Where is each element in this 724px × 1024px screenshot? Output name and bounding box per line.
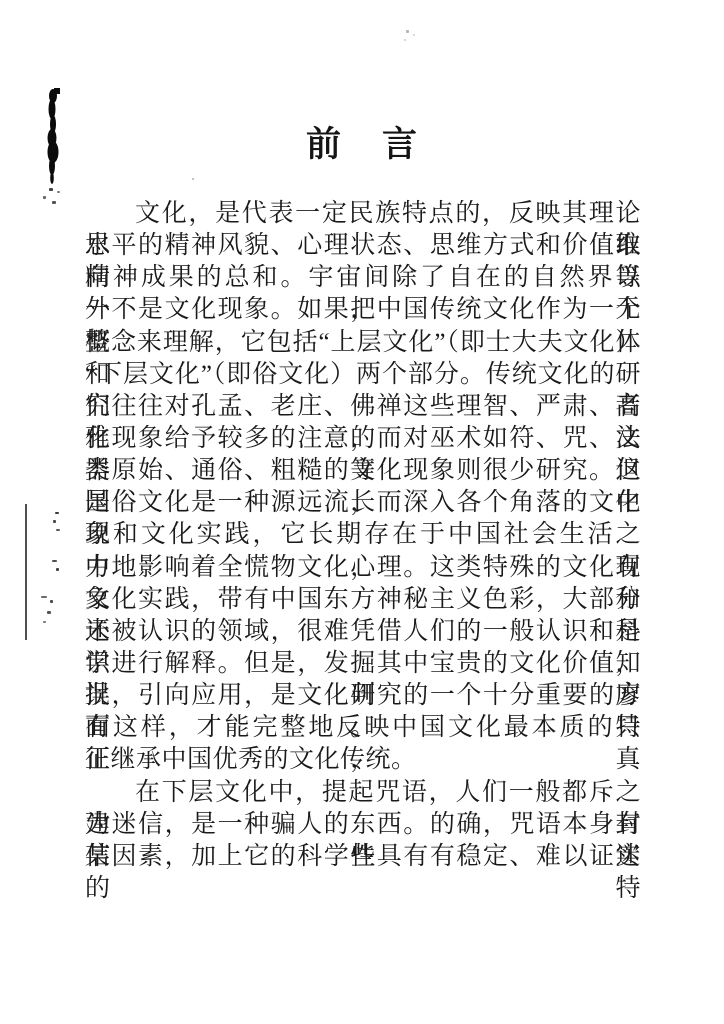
text-line: 力地影响着全慌物文化心理。这类特殊的文化现象和 [85, 552, 641, 584]
body-text: 文化，是代表一定民族特点的，反映其理论思维 水平的精神风貌、心理状态、思维方式和… [85, 198, 641, 873]
text-line: 类原始、通俗、粗糙的文化现象则很少研究。但是，中 [85, 455, 641, 487]
text-line: 精神成果的总和。宇宙间除了自在的自然界以外，无 [85, 262, 641, 294]
scan-speck [57, 191, 60, 193]
text-line: 信因素，加上它的科学性具有有稳定、难以证实的特 [85, 841, 641, 873]
text-line: 们往往对孔孟、老庄、佛禅这些理智、严肃、高雅的文 [85, 391, 641, 423]
ink-blotch-artifact [42, 86, 66, 190]
text-line: 水平的精神风貌、心理状态、思维方式和价值取向等 [85, 230, 641, 262]
text-line: 识进行解释。但是，发掘其中宝贵的文化价值，批判廖 [85, 648, 641, 680]
text-line: 未被认识的领域，很难凭借人们的一般认识和科学知 [85, 616, 641, 648]
scan-speck [47, 611, 51, 614]
scan-speck [43, 621, 46, 623]
scan-speck [56, 568, 59, 571]
scan-speck [406, 30, 409, 33]
text-line: 建迷信，是一种骗人的东西。的确，咒语本身有某些迷 [85, 809, 641, 841]
scan-speck [41, 596, 47, 598]
scan-speck [192, 178, 194, 180]
text-line: 文化实践，带有中国东方神秘主义色彩，大部分还是 [85, 584, 641, 616]
text-line: “下层文化”（即俗文化）两个部分。传统文化的研究者 [85, 359, 641, 391]
text-line: 误，引向应用，是文化研究的一个十分重要的方面。只 [85, 680, 641, 712]
scan-speck [43, 196, 46, 199]
scan-speck [413, 34, 415, 36]
text-line: 概念来理解，它包括“上层文化”（即士大夫文化）和 [85, 327, 641, 359]
text-line: 国俗文化是一种源远流长而深入各个角落的文化现 [85, 487, 641, 519]
scan-speck [50, 600, 53, 603]
scan-speck [53, 520, 56, 523]
scratch-line-artifact [25, 504, 27, 640]
text-line: 有这样，才能完整地反映中国文化最本质的特征，真 [85, 712, 641, 744]
scan-speck [404, 39, 406, 41]
text-line: 在下层文化中，提起咒语，人们一般都斥之为封 [85, 777, 641, 809]
text-line: 文化，是代表一定民族特点的，反映其理论思维 [85, 198, 641, 230]
page-title: 前 言 [85, 122, 641, 168]
text-line: 象和文化实践，它长期存在于中国社会生活之中，有 [85, 519, 641, 551]
scan-speck [55, 512, 59, 514]
scan-speck [52, 201, 56, 204]
scanned-page: 前 言 文化，是代表一定民族特点的，反映其理论思维 水平的精神风貌、心理状态、思… [0, 0, 724, 1024]
scan-speck [52, 560, 57, 562]
text-line: 化现象给予较多的注意，而对巫术如符、咒、法器等这 [85, 423, 641, 455]
scan-speck [49, 188, 53, 191]
scan-speck [56, 529, 60, 531]
text-line: 一不是文化现象。如果把中国传统文化作为一个整体 [85, 294, 641, 326]
